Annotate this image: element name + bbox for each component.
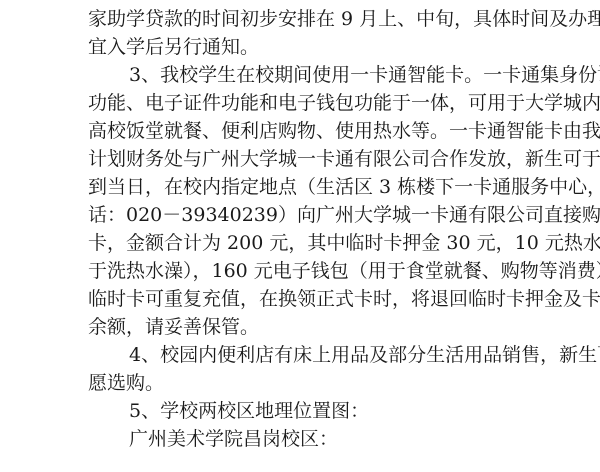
text-line: 广州美术学院昌岗校区：: [88, 425, 520, 453]
text-line: 计划财务处与广州大学城一卡通有限公司合作发放，新生可于报: [88, 145, 520, 173]
text-line: 愿选购。: [88, 369, 520, 397]
paragraph-student-loan-continued: 家助学贷款的时间初步安排在 9 月上、中旬，具体时间及办理事 宜入学后另行通知。: [88, 5, 520, 61]
text-line: 高校饭堂就餐、便利店购物、使用热水等。一卡通智能卡由我校: [88, 117, 520, 145]
text-line: 4、校园内便利店有床上用品及部分生活用品销售，新生可自: [88, 341, 520, 369]
paragraph-item-4-convenience-store: 4、校园内便利店有床上用品及部分生活用品销售，新生可自 愿选购。: [88, 341, 520, 397]
text-line: 3、我校学生在校期间使用一卡通智能卡。一卡通集身份证件: [88, 61, 520, 89]
paragraph-changgang-campus-heading: 广州美术学院昌岗校区：: [88, 425, 520, 453]
text-line: 话：020－39340239）向广州大学城一卡通有限公司直接购买临时: [88, 201, 520, 229]
text-line: 5、学校两校区地理位置图：: [88, 397, 520, 425]
paragraph-item-3-campus-card: 3、我校学生在校期间使用一卡通智能卡。一卡通集身份证件 功能、电子证件功能和电子…: [88, 61, 520, 341]
text-line: 功能、电子证件功能和电子钱包功能于一体，可用于大学城内各: [88, 89, 520, 117]
text-line: 家助学贷款的时间初步安排在 9 月上、中旬，具体时间及办理事: [88, 5, 520, 33]
text-line: 临时卡可重复充值，在换领正式卡时，将退回临时卡押金及卡内: [88, 285, 520, 313]
paragraph-item-5-campus-map: 5、学校两校区地理位置图：: [88, 397, 520, 425]
text-line: 于洗热水澡），160 元电子钱包（用于食堂就餐、购物等消费）。: [88, 257, 520, 285]
text-line: 到当日，在校内指定地点（生活区 3 栋楼下一卡通服务中心，电: [88, 173, 520, 201]
text-line: 余额，请妥善保管。: [88, 313, 520, 341]
text-line: 卡，金额合计为 200 元，其中临时卡押金 30 元，10 元热水费（用: [88, 229, 520, 257]
text-line: 宜入学后另行通知。: [88, 33, 520, 61]
document-page: 家助学贷款的时间初步安排在 9 月上、中旬，具体时间及办理事 宜入学后另行通知。…: [88, 5, 520, 453]
